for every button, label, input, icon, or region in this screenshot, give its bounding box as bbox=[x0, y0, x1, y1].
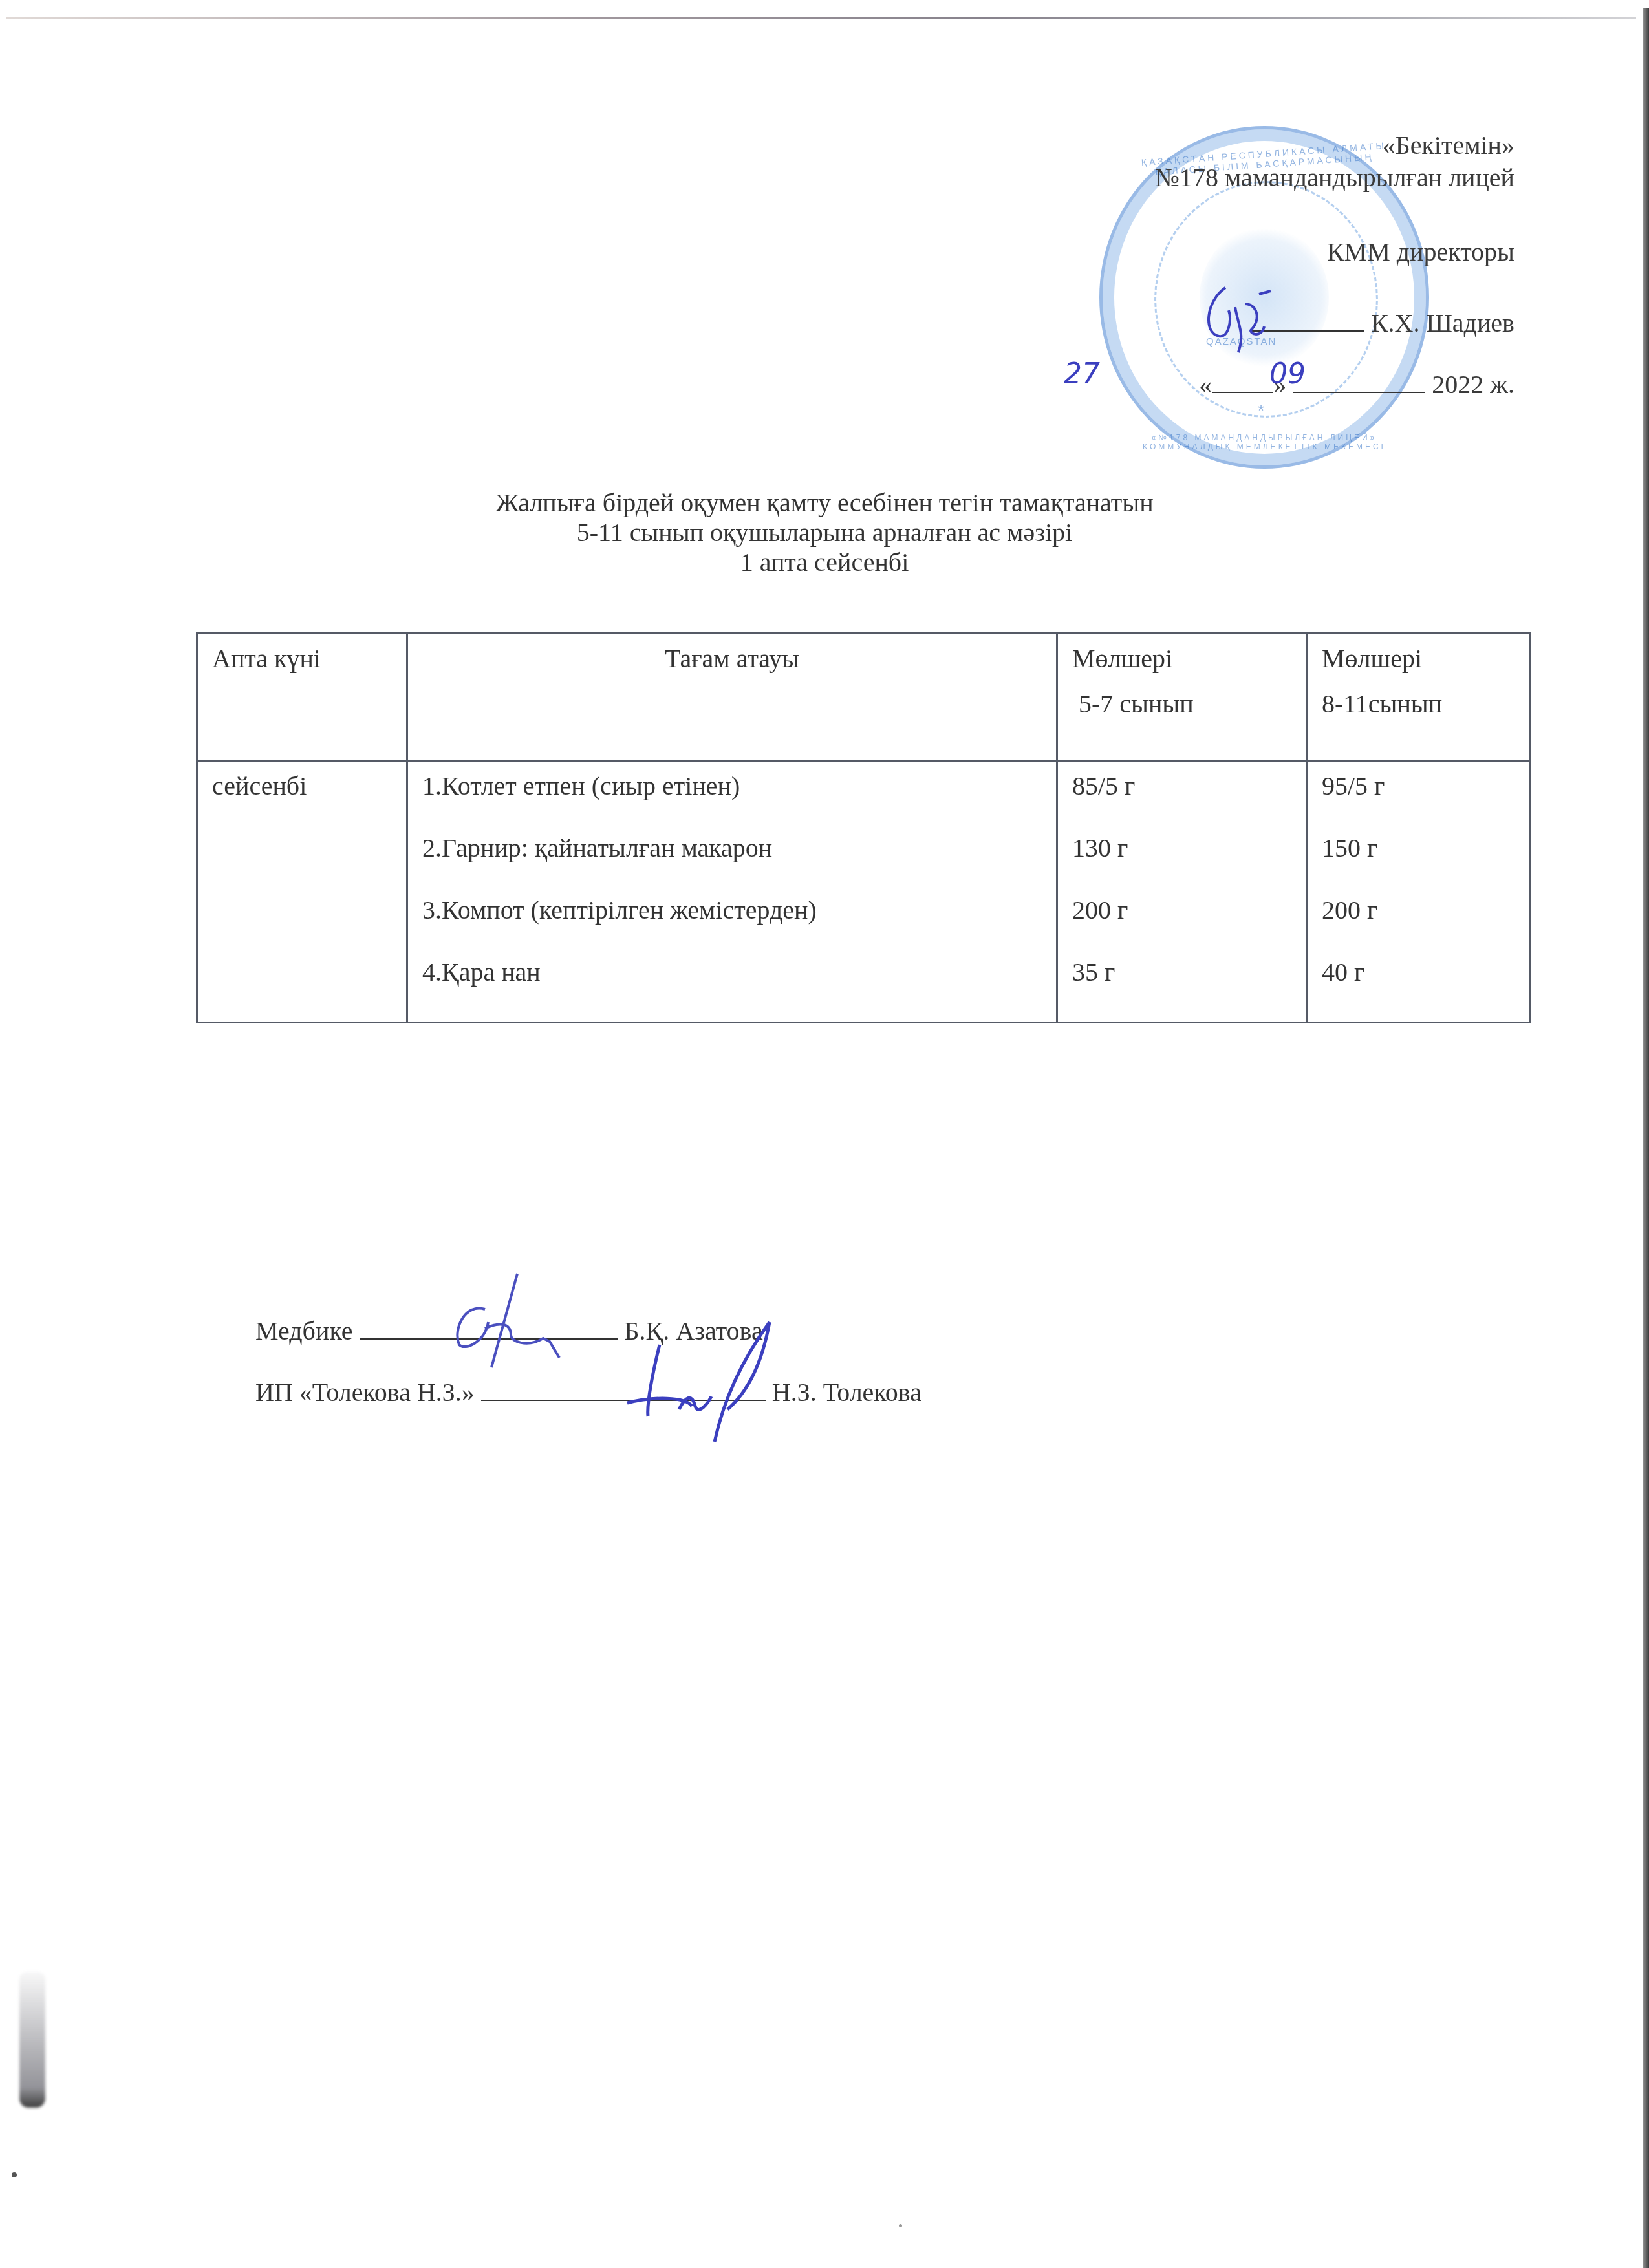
header-day-label: Апта күні bbox=[198, 634, 406, 672]
qty-value: 85/5 г bbox=[1072, 773, 1306, 835]
director-name: К.Х. Шадиев bbox=[1371, 308, 1514, 337]
date-open-quote: « bbox=[1199, 370, 1212, 399]
supplier-signature-icon bbox=[614, 1319, 808, 1448]
star-icon: * bbox=[1258, 401, 1267, 421]
row-day-label: сейсенбі bbox=[198, 762, 406, 799]
dish-item: 1.Котлет етпен (сиыр етінен) bbox=[422, 773, 1056, 835]
date-month-handwritten: 09 bbox=[1269, 358, 1306, 390]
supplier-signature-row: ИП «Толекова Н.З.» Н.З. Толекова bbox=[255, 1377, 921, 1407]
date-day-blank bbox=[1212, 392, 1273, 393]
cell-dishes: 1.Котлет етпен (сиыр етінен) 2.Гарнир: қ… bbox=[407, 761, 1057, 1023]
qty-value: 200 г bbox=[1322, 897, 1529, 959]
scan-edge-shadow bbox=[1643, 8, 1649, 2268]
approval-heading: «Бекітемін» bbox=[1383, 133, 1514, 158]
title-line-1: Жалпыға бірдей оқумен қамту есебінен тег… bbox=[0, 488, 1649, 518]
approval-institution: №178 мамандандырылған лицей bbox=[1155, 165, 1514, 191]
header-dish-label: Тағам атауы bbox=[408, 634, 1056, 672]
table-header-row: Апта күні Тағам атауы Мөлшері 5-7 сынып … bbox=[197, 634, 1531, 761]
qty-value: 95/5 г bbox=[1322, 773, 1529, 835]
header-qty-8-11-label: Мөлшері bbox=[1322, 646, 1529, 691]
dish-item: 4.Қара нан bbox=[422, 959, 1056, 1022]
title-line-3: 1 апта сейсенбі bbox=[0, 548, 1649, 577]
nurse-signature-icon bbox=[414, 1270, 595, 1374]
dish-item: 2.Гарнир: қайнатылған макарон bbox=[422, 835, 1056, 897]
nurse-role: Медбике bbox=[255, 1316, 353, 1345]
approval-date: «» 2022 ж. bbox=[1199, 372, 1514, 398]
title-line-2: 5-11 сынып оқушыларына арналған ас мәзір… bbox=[0, 518, 1649, 548]
cell-qty-8-11: 95/5 г 150 г 200 г 40 г bbox=[1307, 761, 1531, 1023]
date-day-handwritten: 27 bbox=[1064, 358, 1100, 390]
header-qty-8-11: Мөлшері 8-11сынып bbox=[1307, 634, 1531, 761]
menu-table: Апта күні Тағам атауы Мөлшері 5-7 сынып … bbox=[196, 632, 1531, 1023]
scan-speck bbox=[12, 2172, 17, 2177]
date-month-blank bbox=[1293, 392, 1425, 393]
cell-day: сейсенбі bbox=[197, 761, 407, 1023]
approval-position: КММ директоры bbox=[1327, 239, 1514, 265]
scan-edge-line bbox=[6, 17, 1636, 19]
dish-item: 3.Компот (кептірілген жемістерден) bbox=[422, 897, 1056, 959]
header-qty-5-7-label: Мөлшері bbox=[1072, 646, 1306, 691]
qty-value: 150 г bbox=[1322, 835, 1529, 897]
header-qty-5-7-sub: 5-7 сынып bbox=[1072, 691, 1306, 717]
qty-value: 130 г bbox=[1072, 835, 1306, 897]
header-dish: Тағам атауы bbox=[407, 634, 1057, 761]
table-row: сейсенбі 1.Котлет етпен (сиыр етінен) 2.… bbox=[197, 761, 1531, 1023]
director-signature-icon bbox=[1200, 275, 1277, 359]
scan-speck bbox=[899, 2224, 902, 2227]
qty-value: 40 г bbox=[1322, 959, 1529, 1022]
cell-qty-5-7: 85/5 г 130 г 200 г 35 г bbox=[1057, 761, 1307, 1023]
header-qty-5-7: Мөлшері 5-7 сынып bbox=[1057, 634, 1307, 761]
stamp-inner-text: «№178 МАМАНДАНДЫРЫЛҒАН ЛИЦЕЙ» КОММУНАЛДЫ… bbox=[1141, 433, 1387, 451]
header-day: Апта күні bbox=[197, 634, 407, 761]
approval-signature-line: К.Х. Шадиев bbox=[1251, 310, 1514, 336]
menu-title: Жалпыға бірдей оқумен қамту есебінен тег… bbox=[0, 488, 1649, 577]
qty-value: 35 г bbox=[1072, 959, 1306, 1022]
supplier-role: ИП «Толекова Н.З.» bbox=[255, 1378, 475, 1407]
header-qty-8-11-sub: 8-11сынып bbox=[1322, 691, 1529, 717]
qty-value: 200 г bbox=[1072, 897, 1306, 959]
scan-smudge bbox=[19, 1972, 45, 2108]
date-year: 2022 ж. bbox=[1432, 370, 1514, 399]
